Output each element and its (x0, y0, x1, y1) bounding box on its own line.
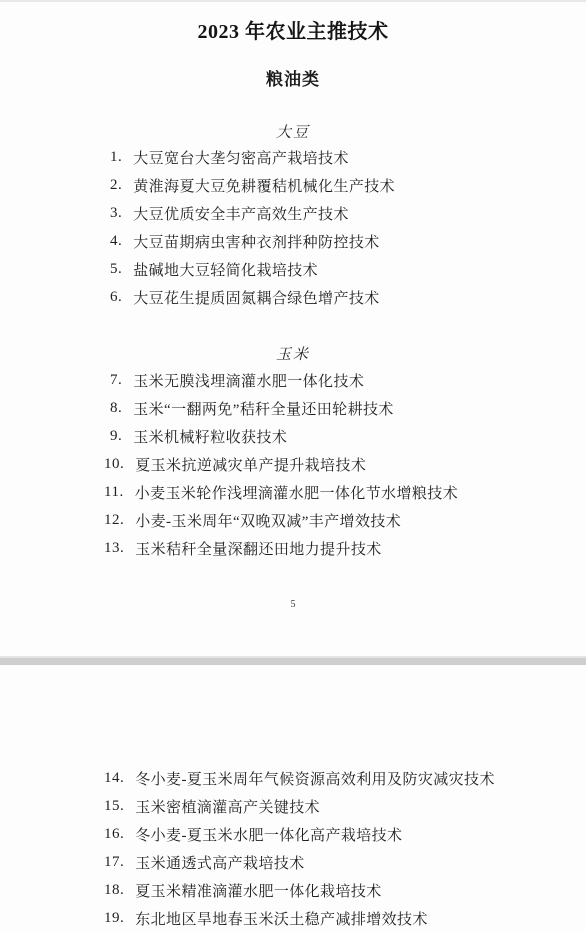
list-item: 5. 盐碱地大豆轻简化栽培技术 (0, 255, 586, 283)
list-item: 11. 小麦玉米轮作浅埋滴灌水肥一体化节水增粮技术 (0, 478, 586, 506)
list-item-number: 10. (104, 456, 124, 473)
category-heading: 粮油类 (0, 65, 586, 90)
viewer-top-edge (0, 0, 586, 2)
list-item: 8. 玉米“一翻两免”秸秆全量还田轮耕技术 (0, 394, 586, 422)
page-number: 5 (0, 599, 586, 610)
section-heading-corn: 玉米 (0, 343, 586, 364)
list-item: 19. 东北地区旱地春玉米沃土稳产减排增效技术 (0, 904, 586, 931)
list-item-text: 玉米秸秆全量深翻还田地力提升技术 (135, 538, 381, 559)
list-item-number: 8. (110, 400, 122, 417)
section-heading-soybean: 大豆 (0, 121, 586, 142)
list-item-text: 冬小麦-夏玉米水肥一体化高产栽培技术 (135, 824, 402, 845)
list-item-text: 大豆优质安全丰产高效生产技术 (133, 203, 349, 224)
list-item-number: 1. (110, 149, 122, 166)
list-item-number: 15. (104, 798, 124, 815)
list-item: 2. 黄淮海夏大豆免耕覆秸机械化生产技术 (0, 171, 586, 199)
tech-list-soybean: 1. 大豆宽台大垄匀密高产栽培技术 2. 黄淮海夏大豆免耕覆秸机械化生产技术 3… (0, 143, 586, 311)
list-item: 10. 夏玉米抗逆减灾单产提升栽培技术 (0, 450, 586, 478)
list-item-number: 6. (110, 289, 122, 306)
list-item: 1. 大豆宽台大垄匀密高产栽培技术 (0, 143, 586, 171)
list-item: 9. 玉米机械籽粒收获技术 (0, 422, 586, 450)
list-item-number: 11. (104, 484, 124, 501)
tech-list-corn-page2: 14. 冬小麦-夏玉米周年气候资源高效利用及防灾减灾技术 15. 玉米密植滴灌高… (0, 764, 586, 931)
list-item-text: 玉米通透式高产栽培技术 (135, 852, 304, 873)
list-item-text: 夏玉米精准滴灌水肥一体化栽培技术 (135, 880, 381, 901)
list-item-number: 17. (104, 854, 124, 871)
list-item-text: 玉米机械籽粒收获技术 (133, 426, 287, 447)
list-item-text: 东北地区旱地春玉米沃土稳产减排增效技术 (135, 908, 428, 929)
list-item: 6. 大豆花生提质固氮耦合绿色增产技术 (0, 283, 586, 311)
list-item-number: 13. (104, 540, 124, 557)
list-item-text: 玉米无膜浅埋滴灌水肥一体化技术 (133, 370, 364, 391)
list-item-number: 3. (110, 205, 122, 222)
list-item: 3. 大豆优质安全丰产高效生产技术 (0, 199, 586, 227)
list-item-text: 大豆宽台大垄匀密高产栽培技术 (133, 147, 349, 168)
list-item-number: 2. (110, 177, 122, 194)
list-item-text: 玉米“一翻两免”秸秆全量还田轮耕技术 (133, 398, 394, 419)
list-item: 15. 玉米密植滴灌高产关键技术 (0, 792, 586, 820)
list-item-text: 黄淮海夏大豆免耕覆秸机械化生产技术 (133, 175, 395, 196)
list-item-number: 12. (104, 512, 124, 529)
list-item-text: 夏玉米抗逆减灾单产提升栽培技术 (135, 454, 366, 475)
list-item: 14. 冬小麦-夏玉米周年气候资源高效利用及防灾减灾技术 (0, 764, 586, 792)
list-item-number: 16. (104, 826, 124, 843)
list-item-text: 大豆花生提质固氮耦合绿色增产技术 (133, 287, 379, 308)
list-item-number: 14. (104, 770, 124, 787)
list-item: 13. 玉米秸秆全量深翻还田地力提升技术 (0, 534, 586, 562)
list-item-number: 19. (104, 910, 124, 927)
list-item-text: 大豆苗期病虫害种衣剂拌种防控技术 (133, 231, 379, 252)
list-item-text: 玉米密植滴灌高产关键技术 (135, 796, 320, 817)
list-item-number: 5. (110, 261, 122, 278)
document-title: 2023 年农业主推技术 (0, 15, 586, 44)
list-item-text: 冬小麦-夏玉米周年气候资源高效利用及防灾减灾技术 (135, 768, 495, 789)
list-item-number: 18. (104, 882, 124, 899)
list-item: 17. 玉米通透式高产栽培技术 (0, 848, 586, 876)
page-separator (0, 656, 586, 665)
list-item: 7. 玉米无膜浅埋滴灌水肥一体化技术 (0, 366, 586, 394)
pdf-viewport: 2023 年农业主推技术 粮油类 大豆 1. 大豆宽台大垄匀密高产栽培技术 2.… (0, 0, 586, 931)
list-item: 16. 冬小麦-夏玉米水肥一体化高产栽培技术 (0, 820, 586, 848)
list-item-number: 4. (110, 233, 122, 250)
list-item-text: 盐碱地大豆轻简化栽培技术 (133, 259, 318, 280)
list-item-text: 小麦玉米轮作浅埋滴灌水肥一体化节水增粮技术 (135, 482, 458, 503)
list-item: 4. 大豆苗期病虫害种衣剂拌种防控技术 (0, 227, 586, 255)
tech-list-corn-page1: 7. 玉米无膜浅埋滴灌水肥一体化技术 8. 玉米“一翻两免”秸秆全量还田轮耕技术… (0, 366, 586, 562)
list-item-number: 9. (110, 428, 122, 445)
list-item-text: 小麦-玉米周年“双晚双减”丰产增效技术 (135, 510, 401, 531)
list-item-number: 7. (110, 372, 122, 389)
list-item: 18. 夏玉米精准滴灌水肥一体化栽培技术 (0, 876, 586, 904)
list-item: 12. 小麦-玉米周年“双晚双减”丰产增效技术 (0, 506, 586, 534)
